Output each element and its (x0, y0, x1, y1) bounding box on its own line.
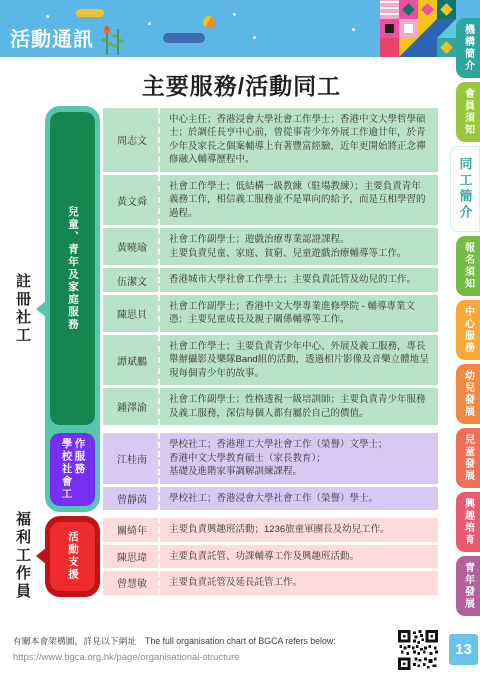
sparkle-icon (148, 22, 151, 25)
sparkle-icon (46, 15, 49, 18)
staff-row: 鍾澤渝社會工作副學士；性格透視一級培訓師；主要負責青少年服務及義工服務，深信每個… (103, 388, 438, 425)
page-number-badge: 13 (449, 634, 478, 665)
mosaic-decoration (380, 0, 456, 57)
staff-row: 陳思貝社會工作副學士；香港中文大學專業進修學院 - 輔導專業文憑；主要兒童成長及… (103, 295, 438, 332)
sparkle-icon (233, 13, 236, 16)
side-tab[interactable]: 幼兒發展 (456, 364, 480, 424)
staff-description: 社會工作學士；主要負責青少年中心、外展及義工服務，專長舉辦攝影及樂隊Band組的… (158, 335, 438, 385)
side-tab-active[interactable]: 同工簡介 (450, 146, 480, 232)
page-title: 主要服務/活動同工 (45, 68, 438, 101)
staff-description: 學校社工；香港理工大學社會工作（榮譽）文學士； 香港中文大學教育碩士（家長教育）… (158, 433, 438, 483)
staff-row: 周志文中心主任；香港浸會大學社會工作學士；香港中文大學哲學碩士；於調任長亨中心前… (103, 108, 438, 172)
side-tab[interactable]: 報名須知 (456, 236, 480, 296)
sun-icon (203, 16, 215, 28)
staff-description: 主要負責託管、功課輔導工作及興趣班活動。 (158, 545, 438, 568)
sparkle-icon (352, 28, 355, 31)
staff-name: 伍潔文 (103, 268, 158, 291)
staff-description: 社會工作副學士；性格透視一級培訓師；主要負責青少年服務及義工服務，深信每個人都有… (158, 388, 438, 425)
footer-note: 有關本會架構圖，詳見以下網址 The full organisation cha… (13, 634, 383, 647)
staff-name: 譚斌鵬 (103, 335, 158, 385)
staff-description: 香港城市大學社會工作學士；主要負責託管及幼兒的工作。 (158, 268, 438, 291)
header-banner: 活動通訊 (0, 0, 480, 57)
side-tab[interactable]: 興趣培育 (456, 492, 480, 552)
staff-name: 鍾澤渝 (103, 388, 158, 425)
registered-social-worker-group: 註冊社工 兒童、青年及家庭服務周志文中心主任；香港浸會大學社會工作學士；香港中文… (45, 108, 438, 510)
staff-table: 註冊社工 兒童、青年及家庭服務周志文中心主任；香港浸會大學社會工作學士；香港中文… (45, 108, 438, 603)
staff-row: 江桂南學校社工；香港理工大學社會工作（榮譽）文學士； 香港中文大學教育碩士（家長… (103, 433, 438, 483)
welfare-worker-group: 福利工作員 活動支援關綺年主要負責興趣班活動；1236旅童軍團長及幼兒工作。陳思… (45, 518, 438, 594)
staff-name: 江桂南 (103, 433, 158, 483)
staff-description: 社會工作副學士；遊戲治療專業認證課程。 主要負責兒童、家庭、貧窮、兒童遊戲治療輔… (158, 228, 438, 265)
staff-row: 黃文舜社會工作學士；低結構一級教練（駐場教練）；主要負責青年義務工作，相信義工服… (103, 175, 438, 225)
staff-name: 關綺年 (103, 518, 158, 541)
category-school-social-work: 學校社會工作服務 (50, 433, 95, 506)
staff-description: 主要負責託管及延長託管工作。 (158, 571, 438, 594)
staff-name: 黃曉瑜 (103, 228, 158, 265)
cloud-icon (163, 33, 205, 43)
sparkle-icon (253, 36, 256, 39)
staff-name: 黃文舜 (103, 175, 158, 225)
staff-description: 社會工作學士；低結構一級教練（駐場教練）；主要負責青年義務工作，相信義工服務並不… (158, 175, 438, 225)
side-tab[interactable]: 中心服務 (456, 300, 480, 360)
staff-description: 中心主任；香港浸會大學社會工作學士；香港中文大學哲學碩士；於調任長亨中心前，曾從… (158, 108, 438, 172)
label-welfare-worker: 福利工作員 (12, 511, 33, 601)
staff-name: 陳思瑋 (103, 545, 158, 568)
side-tab[interactable]: 青年發展 (456, 556, 480, 616)
staff-description: 社會工作副學士；香港中文大學專業進修學院 - 輔導專業文憑；主要兒童成長及親子關… (158, 295, 438, 332)
side-tab-bar: 機構簡介會員須知同工簡介報名須知中心服務幼兒發展兒童發展興趣培育青年發展 (446, 18, 480, 616)
staff-description: 主要負責興趣班活動；1236旅童軍團長及幼兒工作。 (158, 518, 438, 541)
staff-row: 曾慧敏主要負責託管及延長託管工作。 (103, 571, 438, 594)
category-cyf-services: 兒童、青年及家庭服務 (50, 112, 95, 425)
category-activity-support: 活動支援 (50, 522, 95, 590)
staff-name: 周志文 (103, 108, 158, 172)
side-tab[interactable]: 機構簡介 (456, 18, 480, 78)
staff-row: 黃曉瑜社會工作副學士；遊戲治療專業認證課程。 主要負責兒童、家庭、貧窮、兒童遊戲… (103, 228, 438, 265)
staff-row: 曾靜茵學校社工；香港浸會大學社會工作（榮譽）學士。 (103, 487, 438, 510)
staff-row: 關綺年主要負責興趣班活動；1236旅童軍團長及幼兒工作。 (103, 518, 438, 541)
staff-name: 曾靜茵 (103, 487, 158, 510)
staff-row: 伍潔文香港城市大學社會工作學士；主要負責託管及幼兒的工作。 (103, 268, 438, 291)
qr-code-icon (398, 630, 438, 670)
side-tab[interactable]: 兒童發展 (456, 428, 480, 488)
staff-name: 曾慧敏 (103, 571, 158, 594)
newsletter-title: 活動通訊 (10, 23, 94, 52)
side-tab[interactable]: 會員須知 (456, 82, 480, 142)
flower-plant-icon (100, 24, 126, 61)
footer-url-link[interactable]: https://www.bgca.org.hk/page/organisatio… (13, 652, 240, 663)
cloud-icon (76, 9, 104, 17)
staff-description: 學校社工；香港浸會大學社會工作（榮譽）學士。 (158, 487, 438, 510)
staff-row: 譚斌鵬社會工作學士；主要負責青少年中心、外展及義工服務，專長舉辦攝影及樂隊Ban… (103, 335, 438, 385)
label-registered-social-worker: 註冊社工 (12, 273, 33, 345)
staff-row: 陳思瑋主要負責託管、功課輔導工作及興趣班活動。 (103, 545, 438, 568)
staff-name: 陳思貝 (103, 295, 158, 332)
